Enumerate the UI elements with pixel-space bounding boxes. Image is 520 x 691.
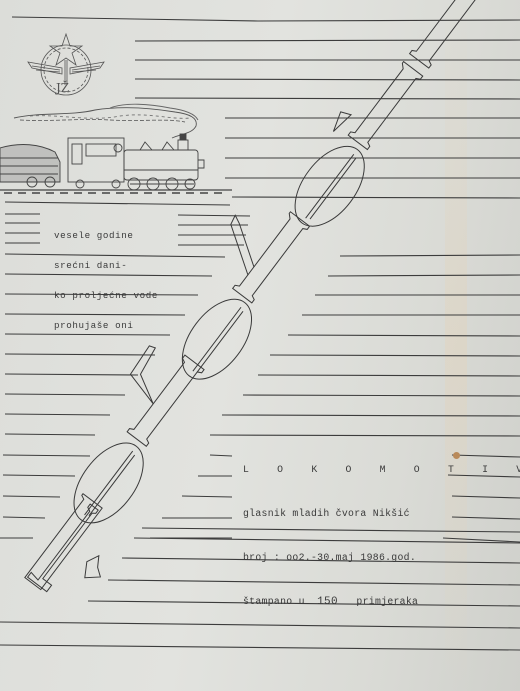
magazine-cover: JŽ bbox=[0, 0, 520, 691]
masthead-title: L O K O M O T I V A bbox=[243, 459, 520, 481]
masthead-block: L O K O M O T I V A glasnik mladih čvora… bbox=[243, 437, 520, 635]
ink-spot bbox=[453, 452, 460, 459]
print-run-line: štampano u 150 primjeraka bbox=[243, 591, 520, 613]
masthead-subtitle: glasnik mladih čvora Nikšić bbox=[243, 503, 520, 525]
print-run-suffix: primjeraka bbox=[356, 596, 418, 607]
issue-line: broj : oo2.-30.maj 1986.god. bbox=[243, 547, 520, 569]
print-run-prefix: štampano u bbox=[243, 596, 305, 607]
print-run-count: 150 bbox=[317, 596, 338, 608]
